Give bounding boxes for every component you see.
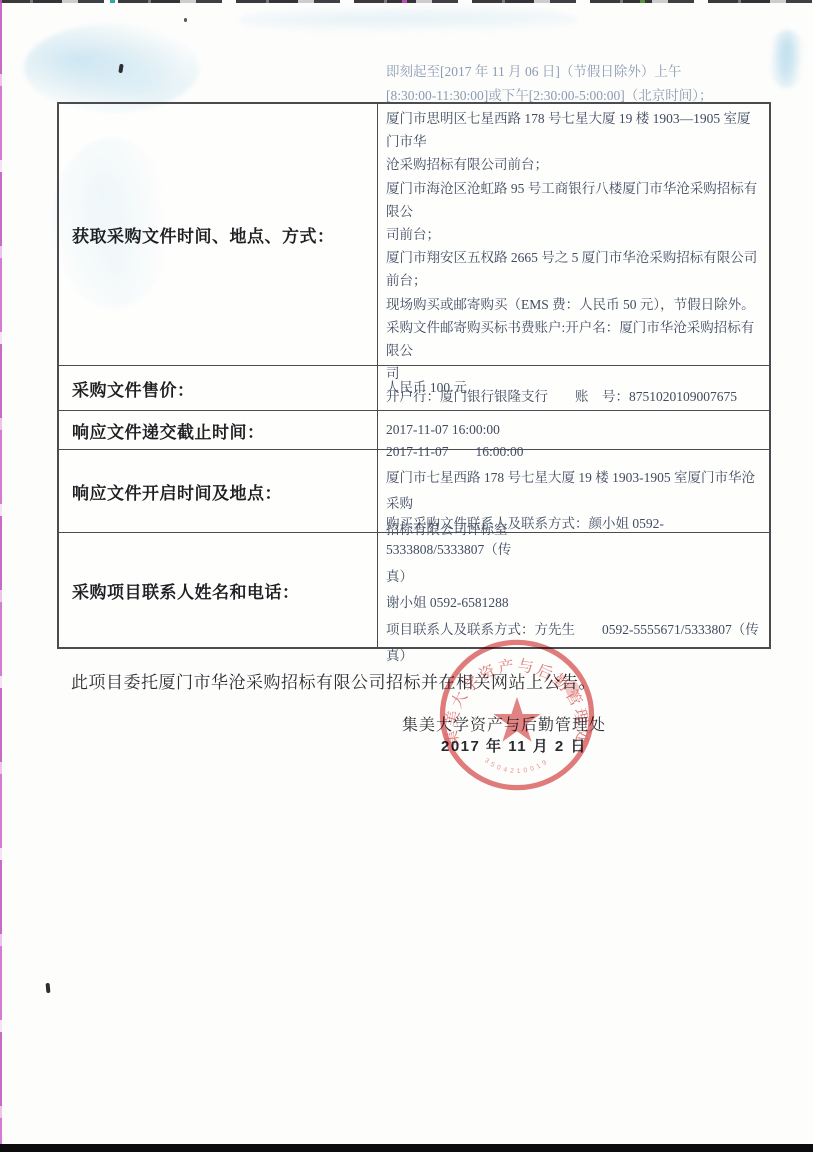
scan-artifact-speck bbox=[110, 0, 115, 3]
value-line: 2017-11-07 16:00:00 bbox=[386, 420, 761, 440]
ink-speck bbox=[184, 18, 187, 22]
issuing-organization: 集美大学资产与后勤管理处 bbox=[402, 712, 606, 735]
scan-smudge bbox=[238, 4, 578, 36]
value-line: 现场购买或邮寄购买（EMS 费：人民币 50 元），节假日除外。 bbox=[386, 293, 761, 316]
value-line: 厦门市翔安区五权路 2665 号之 5 厦门市华沧采购招标有限公司前台； bbox=[386, 246, 761, 292]
scan-smudge bbox=[24, 24, 199, 112]
value-line: 司前台； bbox=[386, 223, 761, 246]
row-label: 采购文件售价： bbox=[59, 366, 378, 410]
value-line: 厦门市七星西路 178 号七星大厦 19 楼 1903-1905 室厦门市华沧采… bbox=[386, 465, 761, 517]
seal-serial-digits: 3504210019 bbox=[483, 757, 551, 775]
value-line: 真） bbox=[386, 564, 761, 591]
value-line: 采购文件邮寄购买标书费账户:开户名：厦门市华沧采购招标有限公 bbox=[386, 316, 761, 362]
row-label: 采购项目联系人姓名和电话： bbox=[59, 533, 378, 647]
value-line: 沧采购招标有限公司前台； bbox=[386, 153, 761, 176]
row-label: 获取采购文件时间、地点、方式： bbox=[59, 104, 378, 365]
value-line: 2017-11-07 16:00:00 bbox=[386, 439, 761, 465]
value-line: 项目联系人及联系方式：方先生 0592-5555671/5333807（传真） bbox=[386, 617, 761, 670]
value-line: 谢小姐 0592-6581288 bbox=[386, 590, 761, 617]
scan-artifact-speck bbox=[402, 0, 407, 3]
issue-date: 2017 年 11 月 2 日 bbox=[441, 735, 587, 756]
scan-artifact-left-edge bbox=[0, 0, 2, 1152]
scan-smudge bbox=[768, 30, 806, 88]
row-value: 购买采购文件联系人及联系方式：颜小姐 0592-5333808/5333807（… bbox=[378, 533, 769, 647]
row-value: 即刻起至[2017 年 11 月 06 日]（节假日除外）上午[8:30:00-… bbox=[378, 104, 769, 365]
scan-artifact-bottom-edge bbox=[0, 1144, 813, 1152]
ink-speck bbox=[46, 983, 51, 993]
value-line: 厦门市思明区七星西路 178 号七星大厦 19 楼 1903—1905 室厦门市… bbox=[386, 107, 761, 153]
procurement-info-table: 获取采购文件时间、地点、方式： 即刻起至[2017 年 11 月 06 日]（节… bbox=[57, 102, 771, 649]
svg-text:3504210019: 3504210019 bbox=[483, 757, 551, 775]
ink-speck bbox=[118, 64, 123, 74]
scanned-document-page: 获取采购文件时间、地点、方式： 即刻起至[2017 年 11 月 06 日]（节… bbox=[0, 0, 813, 1152]
value-line: 厦门市海沧区沧虹路 95 号工商银行八楼厦门市华沧采购招标有限公 bbox=[386, 177, 761, 223]
table-row: 采购文件售价： 人民币 100 元 bbox=[59, 366, 769, 411]
value-line: [8:30:00-11:30:00]或下午[2:30:00-5:00:00]（北… bbox=[386, 84, 761, 107]
table-row: 获取采购文件时间、地点、方式： 即刻起至[2017 年 11 月 06 日]（节… bbox=[59, 104, 769, 366]
table-row: 采购项目联系人姓名和电话： 购买采购文件联系人及联系方式：颜小姐 0592-53… bbox=[59, 533, 769, 647]
delegation-note: 此项目委托厦门市华沧采购招标有限公司招标并在相关网站上公告。 bbox=[71, 668, 596, 693]
value-line: 购买采购文件联系人及联系方式：颜小姐 0592-5333808/5333807（… bbox=[386, 511, 761, 564]
value-line: 人民币 100 元 bbox=[386, 378, 761, 398]
scan-artifact-speck bbox=[640, 0, 645, 3]
value-line: 即刻起至[2017 年 11 月 06 日]（节假日除外）上午 bbox=[386, 60, 761, 83]
row-value: 人民币 100 元 bbox=[378, 366, 769, 410]
row-label: 响应文件开启时间及地点： bbox=[59, 450, 378, 532]
row-label: 响应文件递交截止时间： bbox=[59, 411, 378, 449]
